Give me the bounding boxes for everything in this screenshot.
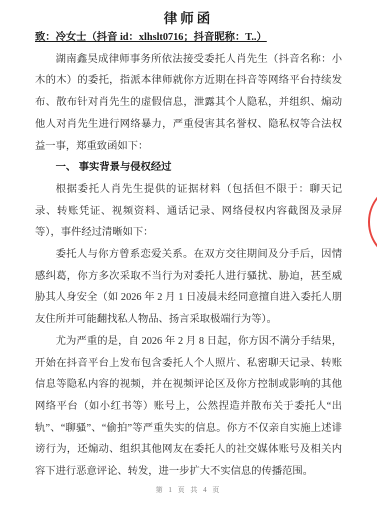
section-heading: 一、 事实背景与侵权经过 xyxy=(35,157,342,179)
recipient-line: 致：冷女士（抖音 id：xlhslt0716；抖音昵称：T..） xyxy=(35,27,342,49)
section-paragraph-1: 根据委托人肖先生提供的证据材料（包括但不限于：聊天记录、转账凭证、视频资料、通话… xyxy=(35,179,342,244)
official-seal-stamp-arc xyxy=(368,182,377,262)
page-number: 第 1 页 共 4 页 xyxy=(0,485,377,495)
intro-paragraph: 湖南鑫昊成律师事务所依法接受委托人肖先生（抖音名称：小木的木）的委托，指派本律师… xyxy=(35,49,342,158)
section-paragraph-2: 委托人与你方曾系恋爱关系。在双方交往期间及分手后，因情感纠葛，你方多次采取不当行… xyxy=(35,244,342,331)
lawyer-letter-page: 律师函 致：冷女士（抖音 id：xlhslt0716；抖音昵称：T..） 湖南鑫… xyxy=(0,0,377,521)
document-title: 律师函 xyxy=(0,0,377,27)
letter-body: 致：冷女士（抖音 id：xlhslt0716；抖音昵称：T..） 湖南鑫昊成律师… xyxy=(35,27,342,483)
section-paragraph-3: 尤为严重的是，自 2026 年 2 月 8 日起，你方因不满分手结果，开始在抖音… xyxy=(35,331,342,483)
